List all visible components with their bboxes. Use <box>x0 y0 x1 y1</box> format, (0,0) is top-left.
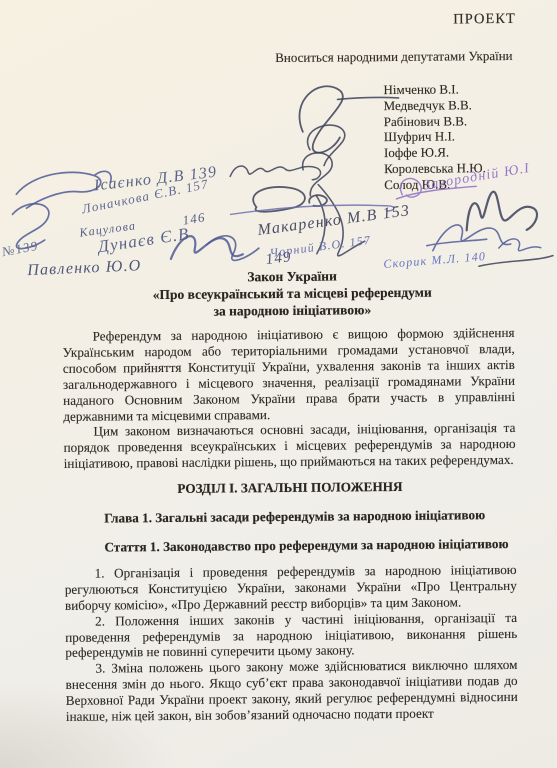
law-body: Референдум за народною ініціативою є вищ… <box>63 325 518 725</box>
signature-scribble-rabinovych <box>302 153 332 196</box>
signature-oval-loops <box>253 187 327 212</box>
handwriting-layer: Ісаєнко Д.В 139Лоначкова Є.В. 157Кацулов… <box>0 0 554 2</box>
article-paragraph: 3. Зміна положень цього закону може здій… <box>65 657 518 725</box>
signature-scribble-right-large <box>466 191 537 230</box>
law-title-line3: за народною ініціативою» <box>62 300 522 321</box>
article-paragraph: 2. Положення інших законів у частині іні… <box>65 610 517 662</box>
signature-strike-bottom <box>479 256 553 267</box>
signature-scribble-shufrych <box>230 165 320 180</box>
article-heading: Стаття 1. Законодавство про референдуми … <box>64 536 516 556</box>
article-paragraphs: 1. Організація і проведення референдумів… <box>65 562 518 725</box>
signature-scribble-nimchenko <box>299 86 343 153</box>
project-stamp: ПРОЕКТ <box>453 11 516 29</box>
deputy-name: Німченко В.І. <box>383 81 485 98</box>
handwritten-note: Чорний В.О. 157 <box>269 233 372 261</box>
law-title: Закон України «Про всеукраїнський та міс… <box>62 266 522 321</box>
section-heading: РОЗДІЛ І. ЗАГАЛЬНІ ПОЛОЖЕННЯ <box>64 478 516 498</box>
signature-loops-right <box>499 239 541 251</box>
signature-scribble-chornyi <box>427 224 511 250</box>
handwritten-note: №139 <box>1 238 40 260</box>
deputy-name: Іоффе Ю.Я. <box>384 144 486 161</box>
intro-paragraph: Референдум за народною ініціативою є вищ… <box>63 325 516 424</box>
scanned-content: ПРОЕКТ Вноситься народними депутатами Ук… <box>0 0 557 768</box>
deputy-name: Рабінович В.В. <box>384 113 486 130</box>
submission-line: Вноситься народними депутатами України <box>275 48 513 66</box>
document-page: ПРОЕКТ Вноситься народними депутатами Ук… <box>0 0 557 768</box>
signature-scribble-dunaiev <box>207 236 259 261</box>
deputy-name: Медведчук В.В. <box>384 97 486 114</box>
intro-paragraphs: Референдум за народною ініціативою є вищ… <box>63 325 516 472</box>
handwritten-note: Макаренко М.В 153 <box>257 202 412 240</box>
article-paragraph: 1. Організація і проведення референдумів… <box>65 562 517 614</box>
deputy-name: Шуфрич Н.І. <box>384 129 486 146</box>
intro-paragraph: Цим законом визначаються основні засади,… <box>63 420 515 472</box>
chapter-heading: Глава 1. Загальні засади референдумів за… <box>64 507 516 527</box>
